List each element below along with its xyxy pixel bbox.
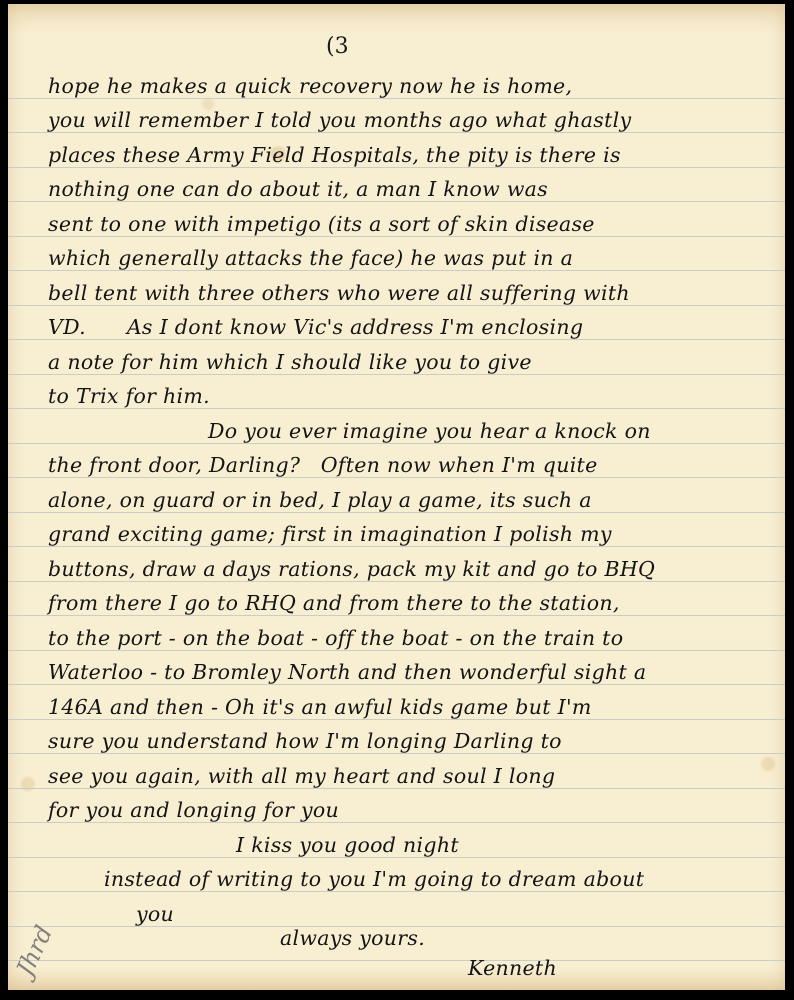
ruled-line [8, 546, 785, 547]
letter-closing: always yours. [280, 926, 425, 950]
ruled-line [8, 236, 785, 237]
letter-line: 146A and then - Oh it's an awful kids ga… [48, 695, 592, 719]
ruled-line [8, 339, 785, 340]
letter-line: which generally attacks the face) he was… [48, 246, 573, 270]
letter-line: the front door, Darling? Often now when … [48, 453, 598, 477]
ruled-line [8, 270, 785, 271]
letter-signature: Kenneth [468, 956, 557, 980]
letter-line: you will remember I told you months ago … [48, 108, 631, 132]
letter-line: from there I go to RHQ and from there to… [48, 591, 620, 615]
letter-line: Do you ever imagine you hear a knock on [208, 419, 651, 443]
ruled-line [8, 719, 785, 720]
ruled-line [8, 788, 785, 789]
letter-page: (3 hope he makes a quick recovery now he… [8, 4, 785, 990]
letter-line: a note for him which I should like you t… [48, 350, 532, 374]
ruled-line [8, 891, 785, 892]
letter-line: VD. As I dont know Vic's address I'm enc… [48, 315, 583, 339]
letter-line: Waterloo - to Bromley North and then won… [48, 660, 646, 684]
margin-initials: Jhrd [11, 896, 117, 1000]
ruled-line [8, 512, 785, 513]
ruled-line [8, 960, 785, 961]
letter-line: instead of writing to you I'm going to d… [104, 867, 644, 891]
letter-line: for you and longing for you [48, 798, 339, 822]
ruled-line [8, 167, 785, 168]
letter-line: you [136, 902, 174, 926]
letter-line: sure you understand how I'm longing Darl… [48, 729, 562, 753]
letter-line: I kiss you good night [236, 833, 459, 857]
letter-line: grand exciting game; first in imaginatio… [48, 522, 612, 546]
ruled-line [8, 684, 785, 685]
ruled-line [8, 408, 785, 409]
ruled-line [8, 615, 785, 616]
letter-line: to Trix for him. [48, 384, 210, 408]
letter-line: nothing one can do about it, a man I kno… [48, 177, 548, 201]
ruled-line [8, 305, 785, 306]
letter-line: bell tent with three others who were all… [48, 281, 630, 305]
ruled-line [8, 857, 785, 858]
letter-line: buttons, draw a days rations, pack my ki… [48, 557, 655, 581]
page-number: (3 [326, 34, 349, 59]
letter-line: see you again, with all my heart and sou… [48, 764, 555, 788]
ruled-line [8, 581, 785, 582]
ruled-line [8, 132, 785, 133]
letter-line: hope he makes a quick recovery now he is… [48, 74, 572, 98]
ruled-line [8, 201, 785, 202]
ruled-line [8, 822, 785, 823]
letter-line: alone, on guard or in bed, I play a game… [48, 488, 592, 512]
letter-line: to the port - on the boat - off the boat… [48, 626, 623, 650]
ruled-line [8, 753, 785, 754]
ruled-line [8, 650, 785, 651]
ruled-line [8, 477, 785, 478]
letter-line: sent to one with impetigo (its a sort of… [48, 212, 595, 236]
ruled-line [8, 374, 785, 375]
ruled-line [8, 98, 785, 99]
ruled-line [8, 443, 785, 444]
letter-line: places these Army Field Hospitals, the p… [48, 143, 621, 167]
